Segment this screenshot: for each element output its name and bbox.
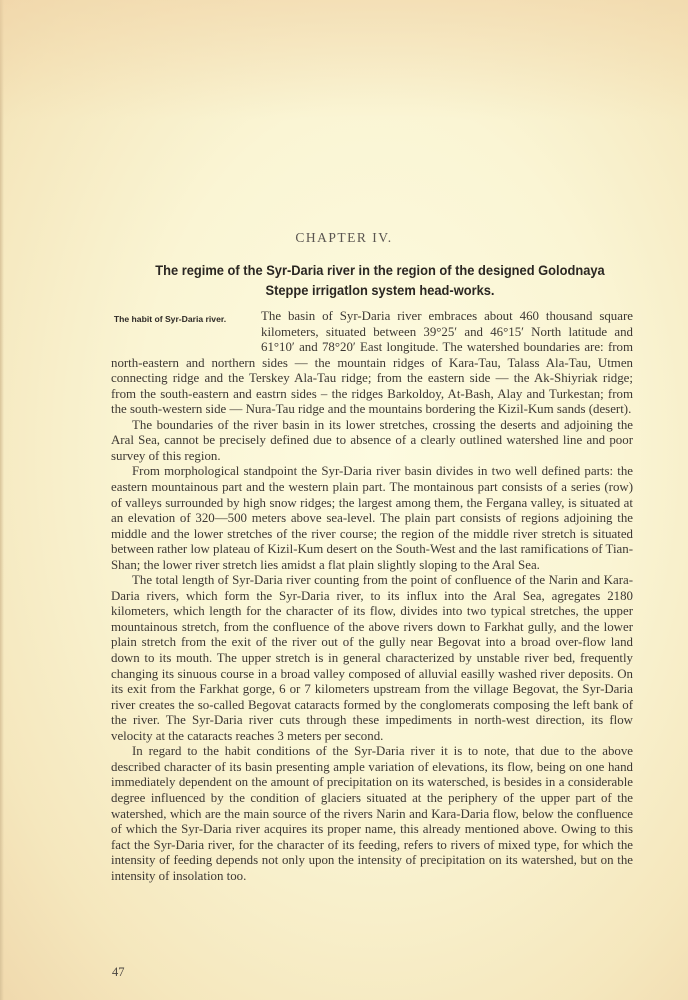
paragraph-5: In regard to the habit conditions of the…: [111, 744, 633, 884]
body-text: The habit of Syr-Daria river. The basin …: [111, 309, 633, 884]
page-edge-shadow: [0, 0, 4, 1000]
chapter-heading: CHAPTER IV.: [0, 230, 688, 246]
margin-note: The habit of Syr-Daria river.: [111, 313, 229, 341]
page-number: 47: [112, 965, 125, 980]
page-aging-tint: [0, 0, 688, 120]
paragraph-4: The total length of Syr-Daria river coun…: [111, 573, 633, 744]
paragraph-2: The boundaries of the river basin in its…: [111, 418, 633, 465]
paragraph-3: From morphological standpoint the Syr-Da…: [111, 464, 633, 573]
chapter-title: The regime of the Syr-Daria river in the…: [133, 260, 626, 300]
